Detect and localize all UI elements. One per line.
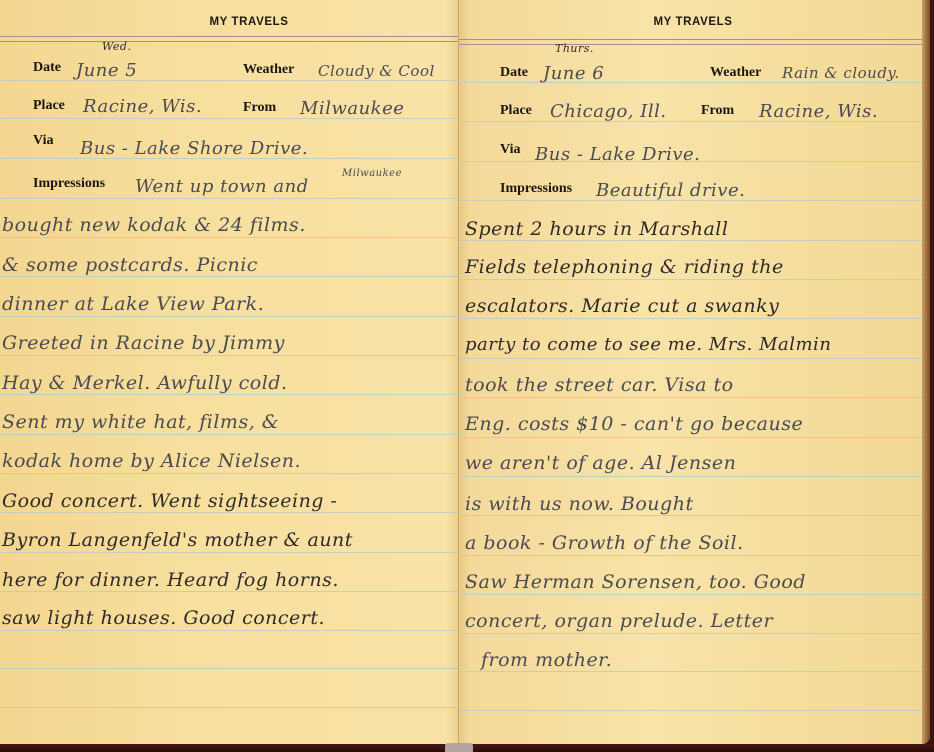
weather-label: Weather — [243, 62, 294, 78]
ruled-line — [0, 394, 458, 395]
ruled-line — [0, 630, 458, 631]
ruled-line — [459, 633, 927, 634]
ruled-line — [459, 318, 927, 319]
from-value: Racine, Wis. — [759, 101, 878, 122]
entry-line: a book - Growth of the Soil. — [465, 532, 744, 554]
diary-spread: MY TRAVELS Wed. Date June 5 Weather Clou… — [0, 0, 930, 744]
ruled-line — [459, 279, 927, 280]
entry-line: Saw Herman Sorensen, too. Good — [465, 571, 806, 593]
entry-line: we aren't of age. Al Jensen — [465, 452, 736, 474]
entry-line: Fields telephoning & riding the — [465, 256, 784, 278]
date-label: Date — [500, 65, 528, 81]
ruled-line — [0, 355, 458, 356]
bookmark-ribbon — [445, 743, 473, 752]
impressions-first-line: Beautiful drive. — [596, 180, 745, 201]
header-rule — [459, 39, 927, 45]
ruled-line — [0, 591, 458, 592]
from-label: From — [243, 100, 276, 116]
ruled-line — [459, 397, 927, 398]
entry-line: bought new kodak & 24 films. — [2, 214, 306, 236]
date-value: June 5 — [76, 60, 137, 81]
entry-line: kodak home by Alice Nielsen. — [2, 450, 301, 472]
entry-line: Sent my white hat, films, & — [2, 411, 279, 433]
entry-line: dinner at Lake View Park. — [2, 293, 264, 315]
day-of-week: Thurs. — [555, 42, 594, 55]
ruled-line — [0, 434, 458, 435]
impressions-insert: Milwaukee — [342, 168, 402, 179]
date-label: Date — [33, 60, 61, 76]
place-value: Chicago, Ill. — [550, 101, 667, 122]
from-value: Milwaukee — [300, 98, 404, 119]
ruled-line — [459, 671, 927, 672]
entry-line: concert, organ prelude. Letter — [465, 610, 773, 632]
entry-line: Hay & Merkel. Awfully cold. — [2, 372, 288, 394]
ruled-line — [459, 515, 927, 516]
ruled-line — [0, 80, 458, 81]
ruled-line — [0, 552, 458, 553]
day-of-week: Wed. — [102, 40, 131, 53]
entry-line: took the street car. Visa to — [465, 374, 734, 396]
impressions-label: Impressions — [33, 176, 105, 192]
page-header: MY TRAVELS — [459, 16, 927, 28]
entry-line: Byron Langenfeld's mother & aunt — [2, 529, 353, 551]
ruled-line — [0, 316, 458, 317]
ruled-line — [0, 473, 458, 474]
via-label: Via — [500, 142, 520, 158]
weather-value: Cloudy & Cool — [318, 62, 435, 80]
impressions-first-line: Went up town and — [135, 176, 309, 197]
weather-value: Rain & cloudy. — [782, 64, 900, 82]
ruled-line — [0, 668, 458, 669]
header-rule — [0, 36, 458, 42]
date-value: June 6 — [543, 63, 604, 84]
via-value: Bus - Lake Drive. — [535, 144, 700, 165]
place-label: Place — [33, 98, 65, 114]
entry-line: party to come to see me. Mrs. Malmin — [465, 334, 831, 355]
ruled-line — [459, 358, 927, 359]
entry-line: Eng. costs $10 - can't go because — [465, 413, 803, 435]
ruled-line — [0, 198, 458, 199]
weather-label: Weather — [710, 65, 761, 81]
via-value: Bus - Lake Shore Drive. — [80, 138, 308, 159]
place-label: Place — [500, 103, 532, 119]
ruled-line — [459, 594, 927, 595]
ruled-line — [459, 437, 927, 438]
entry-line: escalators. Marie cut a swanky — [465, 295, 779, 317]
place-value: Racine, Wis. — [83, 96, 202, 117]
ruled-line — [0, 707, 458, 708]
entry-line: here for dinner. Heard fog horns. — [2, 569, 339, 591]
page-header: MY TRAVELS — [40, 16, 458, 28]
impressions-label: Impressions — [500, 181, 572, 197]
entry-line: from mother. — [481, 649, 612, 671]
entry-line: is with us now. Bought — [465, 493, 694, 515]
ruled-line — [0, 276, 458, 277]
ruled-line — [459, 240, 927, 241]
via-label: Via — [33, 133, 53, 149]
from-label: From — [701, 103, 734, 119]
entry-line: Good concert. Went sightseeing - — [2, 490, 337, 512]
entry-line: saw light houses. Good concert. — [2, 607, 325, 629]
ruled-line — [0, 512, 458, 513]
entry-line: Spent 2 hours in Marshall — [465, 218, 728, 240]
entry-line: Greeted in Racine by Jimmy — [2, 332, 285, 354]
ruled-line — [0, 237, 458, 238]
ruled-line — [459, 710, 927, 711]
ruled-line — [459, 476, 927, 477]
right-page: MY TRAVELS Thurs. Date June 6 Weather Ra… — [458, 0, 927, 744]
entry-line: & some postcards. Picnic — [2, 254, 258, 276]
ruled-line — [459, 555, 927, 556]
left-page: MY TRAVELS Wed. Date June 5 Weather Clou… — [0, 0, 458, 744]
ruled-line — [459, 82, 927, 83]
